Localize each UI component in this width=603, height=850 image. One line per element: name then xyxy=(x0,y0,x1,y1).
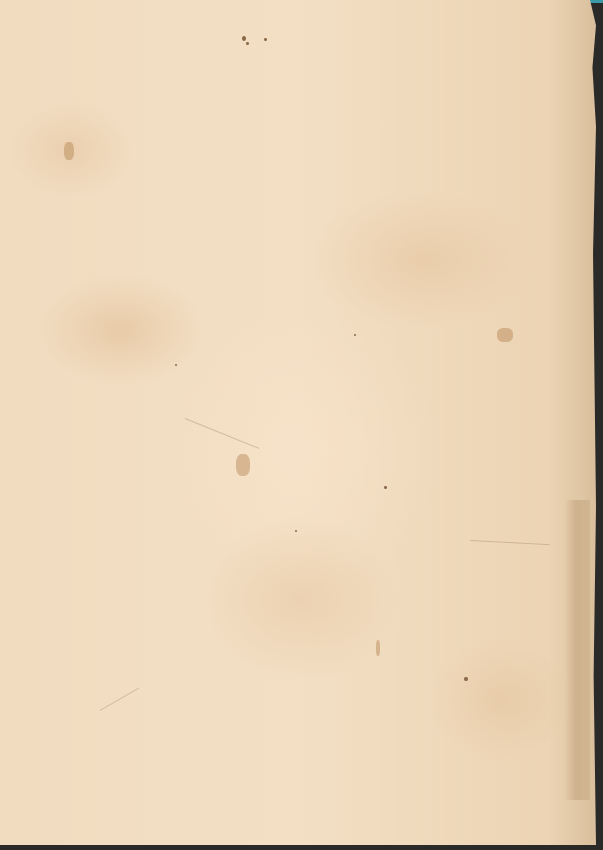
stain xyxy=(64,142,74,160)
speck xyxy=(264,38,267,41)
spine-stain xyxy=(564,500,590,800)
speck xyxy=(242,36,246,41)
stain xyxy=(236,454,250,476)
speck xyxy=(384,486,387,489)
stain xyxy=(497,328,513,342)
stain xyxy=(376,640,380,656)
scanned-page xyxy=(0,0,603,850)
speck xyxy=(246,42,249,45)
speck xyxy=(175,364,177,366)
blank-aged-paper xyxy=(0,0,596,845)
speck xyxy=(295,530,297,532)
speck xyxy=(464,677,468,681)
scratch xyxy=(185,418,260,449)
speck xyxy=(354,334,356,336)
scratch xyxy=(470,540,550,545)
scratch xyxy=(100,688,139,711)
